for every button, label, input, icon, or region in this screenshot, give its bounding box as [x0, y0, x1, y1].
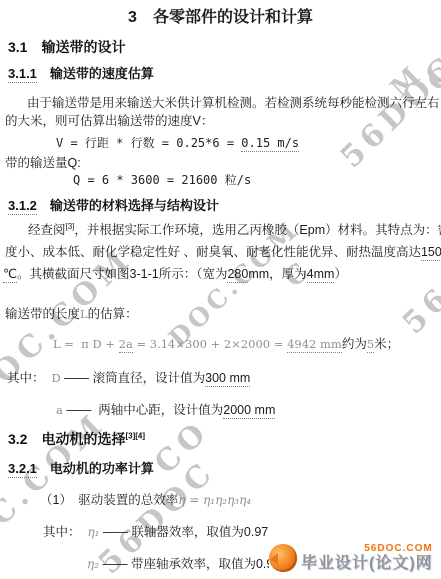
text-run: （1） 驱动装置的总效率: [40, 493, 178, 507]
text-run: 其中：: [43, 525, 87, 539]
section-3-1-heading: 3.1 输送带的设计: [8, 38, 125, 56]
paragraph-line: 度小、成本低、耐化学稳定性好 、耐臭氧、耐老化性能优异、耐热温度高达150: [5, 244, 441, 260]
logo-site-url: 56DOC.COM: [364, 543, 432, 554]
text-run: 输送带的长度: [5, 307, 80, 321]
text-run-underlined: 300 mm: [205, 371, 250, 387]
definition-line-D: 其中： D —— 滚筒直径，设计值为300 mm: [7, 370, 250, 386]
text-run: 的估算：: [88, 307, 138, 321]
section-title-text: 3.2 电动机的选择: [8, 431, 125, 447]
section-title-text: 输送带的速度估算: [37, 66, 154, 81]
text-run-underlined: 150: [421, 245, 441, 261]
paragraph-line: 输送带的长度L的估算：: [5, 306, 138, 322]
text-run: 。其横截面尺寸如图3-1-1所示：（宽为: [17, 267, 227, 281]
text-run: 其中：: [7, 371, 51, 385]
math-symbol: η₁: [87, 525, 99, 539]
math-symbol: D: [51, 371, 60, 385]
citation-ref: [3][4]: [125, 431, 145, 440]
text-run: 经查阅: [28, 223, 66, 237]
section-number: 3.1.1: [8, 66, 37, 83]
paragraph-line: 经查阅[3]，并根据实际工作环境，选用乙丙橡胶（Epm）材料。其特点为：密: [28, 222, 441, 238]
formula-result: 4942 mm: [287, 337, 342, 353]
text-run: 米；: [374, 337, 399, 351]
formula-text: V = 行距 * 行数 = 0.25*6 =: [56, 136, 241, 150]
section-title-text: 电动机的功率计算: [37, 461, 154, 476]
page-title: 3 各零部件的设计和计算: [0, 8, 441, 29]
formula-speed: V = 行距 * 行数 = 0.25*6 = 0.15 m/s: [56, 136, 299, 152]
formula-throughput: Q = 6 * 3600 = 21600 粒/s: [73, 173, 251, 189]
section-number: 3.2.1: [8, 461, 37, 478]
section-3-2-heading: 3.2 电动机的选择[3][4]: [8, 430, 145, 448]
section-3-2-1-heading: 3.2.1 电动机的功率计算: [8, 461, 154, 478]
text-run: 约为: [342, 337, 367, 351]
formula-text: = 3.14×300 + 2×2000 =: [133, 337, 287, 351]
text-run: 度小、成本低、耐化学稳定性好 、耐臭氧、耐老化性能优异、耐热温度高达: [5, 245, 421, 259]
definition-line-eta2: η₂ —— 带座轴承效率，取值为0.9: [87, 556, 273, 573]
section-number: 3.1.2: [8, 198, 37, 215]
watermark-text: 56DOC: [334, 47, 441, 175]
math-symbol: L: [80, 307, 88, 321]
section-title-text: 输送带的材料选择与结构设计: [37, 198, 219, 213]
text-run-underlined: 280: [227, 267, 248, 283]
text-run-underlined: 2000 mm: [223, 403, 275, 419]
section-3-1-1-heading: 3.1.1 输送带的速度估算: [8, 66, 154, 83]
paragraph-line: （1） 驱动装置的总效率η = η₁η₂η₃η₄: [40, 492, 251, 509]
text-run: ，并根据实际工作环境，选用乙丙橡胶（Epm）材料。其特点为：密: [74, 223, 441, 237]
fish-icon: [269, 544, 297, 572]
text-run-underlined: 4mm: [307, 267, 335, 283]
paragraph-line: ℃。其横截面尺寸如图3-1-1所示：（宽为280mm，厚为4mm）: [3, 266, 347, 282]
math-symbol: a: [56, 403, 63, 417]
watermark-text: 56: [396, 279, 441, 342]
paragraph-line: 带的输送量Q:: [5, 155, 81, 171]
logo-text-block: 56DOC.COM 毕业设计(论文)网: [301, 543, 433, 573]
text-run: ）: [334, 267, 347, 281]
formula-underlined: 2a: [119, 337, 133, 353]
text-run: —— 滚筒直径，设计值为: [61, 371, 205, 385]
formula-result: 0.15 m/s: [241, 136, 299, 152]
paragraph-line: 由于输送带是用来输送大米供计算机检测。若检测系统每秒能检测六行左右: [27, 95, 440, 111]
section-3-1-2-heading: 3.1.2 输送带的材料选择与结构设计: [8, 198, 219, 215]
efficiency-formula: η = η₁η₂η₃η₄: [178, 493, 251, 507]
definition-line-eta1: 其中： η₁ —— 联轴器效率，取值为0.97: [43, 524, 268, 541]
text-run: —— 带座轴承效率，取值为0.9: [99, 557, 273, 571]
math-symbol: η₂: [87, 557, 99, 571]
text-run: —— 联轴器效率，取值为0.97: [99, 525, 268, 539]
site-logo: 56DOC.COM 毕业设计(论文)网: [269, 536, 441, 579]
formula-length: L = π D + 2a = 3.14×300 + 2×2000 = 4942 …: [53, 336, 399, 352]
definition-line-a: a —— 两轴中心距，设计值为2000 mm: [56, 402, 275, 418]
logo-site-name: 毕业设计(论文)网: [301, 554, 433, 573]
text-run-underlined: ℃: [3, 267, 17, 283]
paragraph-line: 的大米，则可估算出输送带的速度V：: [5, 113, 213, 129]
formula-text: L = π D +: [53, 337, 119, 351]
text-run: mm，厚为: [248, 267, 306, 281]
text-run: —— 两轴中心距，设计值为: [63, 403, 223, 417]
document-page: 56DOC M C DOC.COM C 56DOC.COM OC.COM 56D…: [0, 0, 441, 579]
